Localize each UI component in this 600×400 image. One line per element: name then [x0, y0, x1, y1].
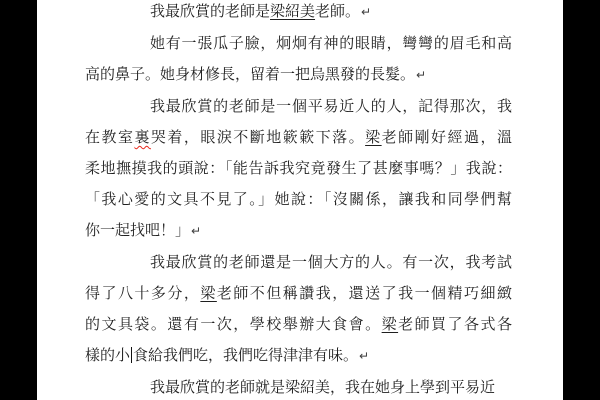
text-line: 我最欣賞的老師還是一個大方的人。有一次，我考試 — [85, 247, 512, 278]
text-line: 「我心愛的文具不見了。」她說：「沒關係，讓我和同學們幫 — [85, 184, 512, 215]
text-run: 柔地撫摸我的頭說：「能告訴我究竟發生了甚麼事嗎？」我說： — [85, 159, 512, 177]
text-run: 她有一張瓜子臉，炯炯有神的眼睛，彎彎的眉毛和高 — [150, 34, 512, 52]
proper-noun-underlined-text: 梁 — [382, 315, 398, 333]
proper-noun-underlined-text: 梁 — [365, 128, 381, 146]
paragraph-mark: ↵ — [190, 224, 201, 238]
paragraph-mark: ↵ — [360, 5, 371, 19]
paragraph-mark: ↵ — [415, 68, 426, 82]
text-run: 哭着，眼淚不斷地簌簌下落。 — [151, 128, 365, 146]
proper-noun-underlined-text: 梁 — [200, 284, 216, 302]
text-run: 樣的小 — [85, 346, 130, 364]
text-line: 你一起找吧！」↵ — [85, 215, 512, 247]
text-run: 「我心愛的文具不見了。」她說：「沒關係，讓我和同學們幫 — [85, 190, 512, 208]
text-line: 在教室裏哭着，眼淚不斷地簌簌下落。梁老師剛好經過，溫 — [85, 122, 512, 153]
spellcheck-flagged-word: 裏 — [134, 128, 150, 146]
text-run: 我最欣賞的老師是一個平易近人的人，記得那次，我 — [150, 97, 512, 115]
text-cursor — [131, 347, 132, 363]
text-run: 我最欣賞的老師是 — [150, 2, 270, 20]
text-line: 我最欣賞的老師是一個平易近人的人，記得那次，我 — [85, 91, 512, 122]
text-run: 你一起找吧！」 — [85, 221, 190, 239]
text-line: 她有一張瓜子臉，炯炯有神的眼睛，彎彎的眉毛和高 — [85, 28, 512, 59]
paragraph-mark: ↵ — [358, 349, 369, 363]
text-line: 得了八十多分，梁老師不但稱讚我，還送了我一個精巧細緻 — [85, 278, 512, 309]
text-line: 柔地撫摸我的頭說：「能告訴我究竟發生了甚麼事嗎？」我說： — [85, 153, 512, 184]
text-line: 的文具袋。還有一次，學校舉辦大食會。梁老師買了各式各 — [85, 309, 512, 340]
text-line: 我最欣賞的老師是梁紹美老師。↵ — [85, 0, 512, 28]
text-run: 在教室 — [85, 128, 134, 146]
text-run: 高的鼻子。她身材修長，留着一把烏黑發的長髮。 — [85, 65, 415, 83]
text-line: 我最欣賞的老師就是梁紹美，我在她身上學到平易近 — [85, 372, 512, 400]
text-line: 高的鼻子。她身材修長，留着一把烏黑發的長髮。↵ — [85, 59, 512, 91]
letterbox-right-bar — [563, 0, 600, 400]
text-run: 我最欣賞的老師就是梁紹美，我在她身上學到平易近 — [150, 378, 495, 396]
text-run: 老師。 — [315, 2, 360, 20]
text-run: 的文具袋。還有一次，學校舉辦大食會。 — [85, 315, 382, 333]
document-text-area[interactable]: 我最欣賞的老師是梁紹美老師。↵她有一張瓜子臉，炯炯有神的眼睛，彎彎的眉毛和高高的… — [85, 0, 512, 400]
text-run: 老師剛好經過，溫 — [382, 128, 512, 146]
letterbox-left-bar — [0, 0, 37, 400]
text-run: 食給我們吃，我們吃得津津有味。 — [133, 346, 358, 364]
proper-noun-underlined-text: 梁紹美 — [270, 2, 315, 20]
document-page[interactable]: 我最欣賞的老師是梁紹美老師。↵她有一張瓜子臉，炯炯有神的眼睛，彎彎的眉毛和高高的… — [37, 0, 563, 400]
text-run: 老師不但稱讚我，還送了我一個精巧細緻 — [217, 284, 512, 302]
text-run: 得了八十多分， — [85, 284, 200, 302]
text-run: 我最欣賞的老師還是一個大方的人。有一次，我考試 — [150, 253, 512, 271]
text-line: 樣的小食給我們吃，我們吃得津津有味。↵ — [85, 340, 512, 372]
text-run: 老師買了各式各 — [398, 315, 512, 333]
